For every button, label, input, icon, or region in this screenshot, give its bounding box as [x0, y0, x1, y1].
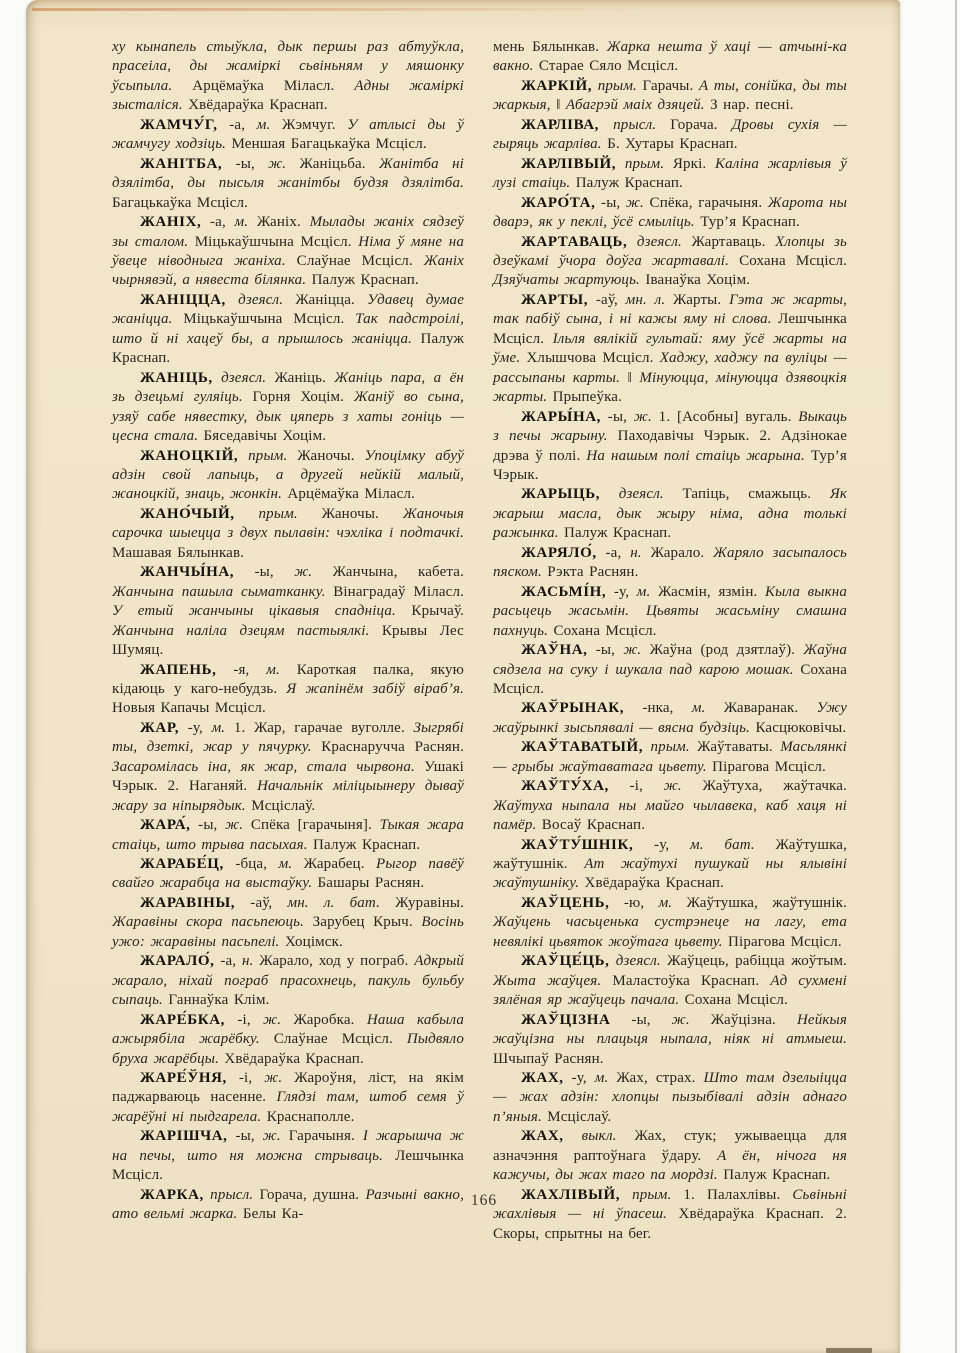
- example-text: мн. л. бат.: [287, 895, 380, 911]
- headword: ЖАРТЫ,: [521, 292, 588, 308]
- definition-text: -аў,: [588, 292, 626, 308]
- headword: ЖАЎНА,: [521, 642, 588, 658]
- example-text: дзеясл.: [616, 953, 661, 969]
- headword: ЖАЎРЫНАК,: [521, 700, 624, 716]
- headword: ЖАРКА,: [140, 1187, 204, 1203]
- definition-text: Палуж Краснап.: [308, 837, 421, 853]
- definition-text: Хвёдараўка Краснап.: [219, 1051, 364, 1067]
- definition-text: -а,: [201, 214, 234, 230]
- example-text: ж.: [264, 1070, 282, 1086]
- definition-text: Жаніць.: [266, 370, 334, 386]
- headword: ЖАЎТАВАТЫЙ,: [521, 739, 643, 755]
- page-number: 166: [454, 1192, 514, 1210]
- example-text: ж.: [623, 642, 641, 658]
- example-text: н.: [630, 545, 642, 561]
- dictionary-entry: ЖАРЕ́ЎНЯ, -і, ж. Жароўня, ліст, на якім …: [112, 1069, 464, 1127]
- scan-edge-line: [955, 0, 957, 1353]
- definition-text: -і,: [227, 1070, 264, 1086]
- definition-text: Жаваранак.: [705, 700, 816, 716]
- definition-text: Жартаваць.: [682, 234, 775, 250]
- dictionary-entry: ЖАРКІЙ, прым. Гарачы. А ты, сонійка, ды …: [493, 77, 847, 116]
- definition-text: Жанчына, кабета.: [312, 564, 464, 580]
- definition-text: Жаночы.: [298, 506, 403, 522]
- definition-text: Жаніцца.: [283, 292, 367, 308]
- headword: ЖАР,: [140, 720, 179, 736]
- example-text: м.: [235, 214, 249, 230]
- definition-text: -у,: [564, 1070, 595, 1086]
- definition-text: -ы,: [610, 1012, 671, 1028]
- example-text: ж.: [634, 409, 652, 425]
- definition-text: Жарабец.: [292, 856, 376, 872]
- definition-text: Краснаполле.: [261, 1109, 354, 1125]
- dictionary-entry: ЖАХ, -у, м. Жах, страх. Што там дзелыіцц…: [493, 1069, 847, 1127]
- definition-text: Меншая Багацькаўка Мсцісл.: [226, 136, 427, 152]
- definition-text: Багацькаўка Мсцісл.: [112, 195, 248, 211]
- headword: ЖАРАЛО́,: [140, 953, 215, 969]
- definition-text: [643, 739, 650, 755]
- definition-text: Маластоўка Краснап.: [601, 973, 770, 989]
- entry-continuation: мень Бялынкав. Жарка нешта ў хаці — атчы…: [493, 38, 847, 77]
- dictionary-entry: ЖАРАВІНЫ, -аў, мн. л. бат. Журавіны. Жар…: [112, 894, 464, 952]
- example-text: м.: [257, 117, 271, 133]
- headword: ЖАХ,: [521, 1128, 564, 1144]
- example-text: дзеясл.: [221, 370, 266, 386]
- definition-text: Рэкта Раснян.: [542, 564, 639, 580]
- definition-text: Шчыпаў Раснян.: [493, 1051, 604, 1067]
- dictionary-entry: ЖАХ, выкл. Жах, стук; ужываецца для азна…: [493, 1127, 847, 1185]
- definition-text: -а,: [215, 953, 242, 969]
- headword: ЖАМЧУ́Г,: [140, 117, 218, 133]
- definition-text: Бяседавічы Хоцім.: [198, 428, 326, 444]
- example-text: м.: [212, 720, 226, 736]
- definition-text: Слаўнае Мсцісл.: [260, 1031, 407, 1047]
- dictionary-entry: ЖАРЫЦЬ, дзеясл. Тапіць, смажыць. Як жары…: [493, 485, 847, 543]
- headword: ЖАНЧЫ́НА,: [140, 564, 234, 580]
- definition-text: Машавая Бялынкав.: [112, 545, 244, 561]
- example-text: ж.: [225, 817, 243, 833]
- definition-text: Жэмчуг.: [270, 117, 347, 133]
- example-text: ж.: [672, 1012, 690, 1028]
- example-text: прысл.: [613, 117, 656, 133]
- dictionary-entry: ЖАРЫ́НА, -ы, ж. 1. [Асобны] вугаль. Выка…: [493, 408, 847, 486]
- dictionary-entry: ЖАРЯЛО́, -а, н. Жарало. Жаряло засыпалос…: [493, 544, 847, 583]
- headword: ЖАПЕНЬ,: [140, 662, 217, 678]
- dictionary-entry: ЖАЎРЫНАК, -нка, м. Жаваранак. Ужу жаўрын…: [493, 699, 847, 738]
- definition-text: [238, 448, 248, 464]
- dictionary-entry: ЖАНІЦЦА, дзеясл. Жаніцца. Удавец думае ж…: [112, 291, 464, 369]
- definition-text: Жасмін, язмін.: [650, 584, 765, 600]
- example-text: выкл.: [582, 1128, 617, 1144]
- headword: ЖАРКІЙ,: [521, 78, 592, 94]
- definition-text: Міцькаўшчына Мсцісл.: [188, 234, 358, 250]
- definition-text: Тапіць, смажыць.: [664, 486, 830, 502]
- example-text: Жыта жаўцея.: [493, 973, 601, 989]
- dictionary-entry: ЖАЎЦЕ́ЦЬ, дзеясл. Жаўцець, рабіцца жоўты…: [493, 952, 847, 1010]
- definition-text: Зарубец Крыч.: [304, 914, 421, 930]
- headword: ЖАРЛІВЫЙ,: [521, 156, 616, 172]
- example-text: прым.: [259, 506, 298, 522]
- definition-text: -ы,: [601, 409, 634, 425]
- definition-text: [616, 156, 625, 172]
- definition-text: -нка,: [624, 700, 692, 716]
- definition-text: 1. Жар, гарачае вуголле.: [225, 720, 413, 736]
- example-text: ж.: [626, 195, 644, 211]
- definition-text: Горня Хоцім.: [243, 389, 354, 405]
- dictionary-entry: ЖАСЬМІ́Н, -у, м. Жасмін, язмін. Кыла вык…: [493, 583, 847, 641]
- definition-text: Жаўтушка, жаўтушнік.: [672, 895, 847, 911]
- definition-text: -я,: [217, 662, 267, 678]
- definition-text: Палуж Краснап.: [306, 272, 419, 288]
- example-text: прым.: [248, 448, 287, 464]
- headword: ЖАЎЦЕ́ЦЬ,: [521, 953, 609, 969]
- definition-text: Краснаручча Раснян.: [312, 739, 464, 755]
- headword: ЖАРІШЧА,: [140, 1128, 228, 1144]
- definition-text: [213, 370, 221, 386]
- headword: ЖАХЛІВЫЙ,: [521, 1187, 620, 1203]
- example-text: ж.: [664, 778, 682, 794]
- definition-text: Старае Сяло Мсцісл.: [534, 58, 679, 74]
- definition-text: Крычаў.: [396, 603, 464, 619]
- definition-text: Ганнаўка Клім.: [163, 992, 270, 1008]
- definition-text: Тур’я Краснап.: [695, 214, 800, 230]
- example-text: м.: [659, 895, 673, 911]
- dictionary-entry: ЖАРАБЕ́Ц, -бца, м. Жарабец. Рыгор павёў …: [112, 855, 464, 894]
- dictionary-entry: ЖАРЕ́БКА, -і, ж. Жаробка. Наша кабыла аж…: [112, 1011, 464, 1069]
- definition-text: З нар. песні.: [705, 97, 794, 113]
- definition-text: Мсціслаў.: [542, 1109, 612, 1125]
- headword: ЖАРЯЛО́,: [521, 545, 597, 561]
- example-text: прысл.: [210, 1187, 253, 1203]
- dictionary-entry: ЖАЎЦЕНЬ, -ю, м. Жаўтушка, жаўтушнік. Жаў…: [493, 894, 847, 952]
- definition-text: -у,: [633, 837, 690, 853]
- dictionary-entry: ЖАЎНА, -ы, ж. Жаўна (род дзятлаў). Жаўна…: [493, 641, 847, 699]
- definition-text: Хвёдараўка Краснап.: [579, 875, 724, 891]
- dictionary-entry: ЖАРТАВАЦЬ, дзеясл. Жартаваць. Хлопцы зь …: [493, 233, 847, 291]
- definition-text: Хвёдараўка Краснап.: [188, 97, 327, 113]
- definition-text: -ы,: [588, 642, 624, 658]
- headword: ЖАРЫ́НА,: [521, 409, 601, 425]
- headword: ЖАНІЦЦА,: [140, 292, 226, 308]
- dictionary-entry: ЖАРТЫ, -аў, мн. л. Жарты. Гэта ж жарты, …: [493, 291, 847, 408]
- headword: ЖАНІХ,: [140, 214, 201, 230]
- definition-text: Б. Хутары Краснап.: [602, 136, 738, 152]
- headword: ЖАНОЦКІЙ,: [140, 448, 238, 464]
- example-text: дзеясл.: [238, 292, 283, 308]
- definition-text: Палуж Краснап.: [718, 1167, 831, 1183]
- definition-text: Жаробка.: [281, 1012, 367, 1028]
- definition-text: Жарало, ход у пограб.: [253, 953, 414, 969]
- definition-text: -ы,: [234, 564, 294, 580]
- dictionary-entry: ЖАХЛІВЫЙ, прым. 1. Палахлівы. Сьвіньні ж…: [493, 1186, 847, 1244]
- example-text: ж.: [263, 1128, 281, 1144]
- dictionary-entry: ЖАНІХ, -а, м. Жаніх. Мылады жаніх сядзеў…: [112, 213, 464, 291]
- definition-text: -ю,: [609, 895, 658, 911]
- example-text: прым.: [651, 739, 690, 755]
- headword: ЖАНО́ЧЫЙ,: [140, 506, 235, 522]
- definition-text: -а,: [218, 117, 257, 133]
- definition-text: Сохана Мсцісл.: [548, 623, 657, 639]
- definition-text: Восаў Краснап.: [536, 817, 645, 833]
- definition-text: Слаўнае Мсцісл.: [286, 253, 424, 269]
- definition-text: Башары Раснян.: [312, 875, 424, 891]
- headword: ЖАРО́ТА,: [521, 195, 595, 211]
- dictionary-entry: ЖАЎТУ́ШНІК, -у, м. бат. Жаўтушка, жаўтуш…: [493, 836, 847, 894]
- definition-text: -бца,: [224, 856, 279, 872]
- definition-text: мень Бялынкав.: [493, 39, 607, 55]
- dictionary-entry: ЖАЎТАВАТЫЙ, прым. Жаўтаваты. Масьлянкі —…: [493, 738, 847, 777]
- example-text: м.: [637, 584, 651, 600]
- definition-text: Мсціслаў.: [246, 798, 316, 814]
- definition-text: -і,: [225, 1012, 263, 1028]
- definition-text: 1. Палахлівы.: [671, 1187, 792, 1203]
- definition-text: Жаўна (род дзятлаў).: [641, 642, 803, 658]
- example-text: Жаравіны скора пасьпеюць.: [112, 914, 304, 930]
- definition-text: Журавіны.: [380, 895, 464, 911]
- definition-text: -у,: [179, 720, 211, 736]
- headword: ЖАНІТБА,: [140, 156, 222, 172]
- book-page: ху кынапель стыўкла, дык першы раз абтуў…: [26, 0, 900, 1353]
- headword: ЖАЎЦІЗНА: [521, 1012, 610, 1028]
- definition-text: [564, 1128, 582, 1144]
- entry-continuation: ху кынапель стыўкла, дык першы раз абтуў…: [112, 38, 464, 116]
- dictionary-entry: ЖАЎЦІЗНА -ы, ж. Жаўцізна. Нейкыя жаўцізн…: [493, 1011, 847, 1069]
- definition-text: Новыя Капачы Мсцісл.: [112, 700, 266, 716]
- example-text: м.: [279, 856, 293, 872]
- definition-text: Палуж Краснап.: [570, 175, 683, 191]
- definition-text: 1. [Асобны] вугаль.: [652, 409, 798, 425]
- definition-text: Жаўтуха, жаўтачка.: [682, 778, 847, 794]
- example-text: м. бат.: [690, 837, 755, 853]
- definition-text: -а,: [597, 545, 631, 561]
- definition-text: [627, 234, 637, 250]
- headword: ЖАРТАВАЦЬ,: [521, 234, 627, 250]
- headword: ЖАЎТУ́ХА,: [521, 778, 609, 794]
- dictionary-entry: ЖАПЕНЬ, -я, м. Кароткая палка, якую кіда…: [112, 661, 464, 719]
- definition-text: Сохана Мсцісл.: [679, 992, 788, 1008]
- dictionary-entry: ЖАНО́ЧЫЙ, прым. Жаночы. Жаночыя сарочка …: [112, 505, 464, 563]
- example-text: м.: [595, 1070, 609, 1086]
- headword: ЖАЎЦЕНЬ,: [521, 895, 609, 911]
- definition-text: Гарачыня.: [281, 1128, 363, 1144]
- dictionary-entry: ЖАРКА, прысл. Горача, душна. Разчыні вак…: [112, 1186, 464, 1225]
- example-text: Я жапінём забіў віраб’я.: [286, 681, 464, 697]
- definition-text: Яркі.: [664, 156, 715, 172]
- definition-text: Іванаўка Хоцім.: [640, 272, 750, 288]
- definition-text: [226, 292, 238, 308]
- dictionary-entry: ЖАРА́, -ы, ж. Спёка [гарачыня]. Тыкая жа…: [112, 816, 464, 855]
- scan-background: ху кынапель стыўкла, дык першы раз абтуў…: [0, 0, 960, 1353]
- definition-text: Горача.: [656, 117, 732, 133]
- definition-text: -ы,: [191, 817, 226, 833]
- definition-text: Спёка, гарачыня.: [644, 195, 768, 211]
- definition-text: Гарачы.: [637, 78, 699, 94]
- dictionary-entry: ЖАРО́ТА, -ы, ж. Спёка, гарачыня. Жарота …: [493, 194, 847, 233]
- example-text: прым.: [632, 1187, 671, 1203]
- definition-text: -ы,: [222, 156, 268, 172]
- example-text: н.: [242, 953, 254, 969]
- example-text: На нашым полі стаіць жарына.: [586, 448, 805, 464]
- definition-text: Арцёмаўка Міласл.: [282, 486, 415, 502]
- dictionary-entry: ЖАЎТУ́ХА, -і, ж. Жаўтуха, жаўтачка. Жаўт…: [493, 777, 847, 835]
- definition-text: Арцёмаўка Міласл.: [192, 78, 354, 94]
- definition-text: Жарало.: [642, 545, 713, 561]
- definition-text: Белы Ка-: [237, 1206, 303, 1222]
- definition-text: Вінаградаў Міласл.: [325, 584, 464, 600]
- definition-text: Пірагова Мсцісл.: [723, 934, 842, 950]
- headword: ЖАЎТУ́ШНІК,: [521, 837, 633, 853]
- definition-text: Касцюковічы.: [750, 720, 846, 736]
- example-text: У етый жанчыны цікавыя спадніца.: [112, 603, 396, 619]
- definition-text: Палуж Краснап.: [559, 525, 672, 541]
- definition-text: -у,: [606, 584, 636, 600]
- example-text: м.: [692, 700, 706, 716]
- example-text: ж.: [294, 564, 312, 580]
- definition-text: -ы,: [595, 195, 625, 211]
- example-text: дзеясл.: [619, 486, 664, 502]
- headword: ЖАРАБЕ́Ц,: [140, 856, 224, 872]
- example-text: Жанчына пашыла сыматканку.: [112, 584, 325, 600]
- definition-text: Прыпеўка.: [547, 389, 622, 405]
- example-text: Дзяўчаты жартуюць.: [493, 272, 640, 288]
- definition-text: Жарты.: [665, 292, 729, 308]
- definition-text: Жах, страх.: [608, 1070, 703, 1086]
- definition-text: Жаніцьба.: [286, 156, 379, 172]
- example-text: м.: [266, 662, 280, 678]
- definition-text: [600, 486, 619, 502]
- example-text: ж.: [268, 156, 286, 172]
- definition-text: Хлышчова Мсцісл.: [520, 350, 659, 366]
- headword: ЖАРЕ́БКА,: [140, 1012, 225, 1028]
- headword: ЖАРА́,: [140, 817, 191, 833]
- example-text: прым.: [625, 156, 664, 172]
- headword: ЖАРЫЦЬ,: [521, 486, 600, 502]
- dictionary-entry: ЖАРЛІВЫЙ, прым. Яркі. Каліна жарлівыя ў …: [493, 155, 847, 194]
- definition-text: Жаніх.: [248, 214, 309, 230]
- example-text: мн. л.: [626, 292, 666, 308]
- definition-text: -аў,: [235, 895, 287, 911]
- definition-text: -і,: [609, 778, 664, 794]
- headword: ЖАНІЦЬ,: [140, 370, 213, 386]
- definition-text: Жаўтаваты.: [690, 739, 780, 755]
- definition-text: Горача, душна.: [253, 1187, 365, 1203]
- definition-text: Пірагова Мсцісл.: [707, 759, 826, 775]
- headword: ЖАРАВІНЫ,: [140, 895, 235, 911]
- headword: ЖАРЕ́ЎНЯ,: [140, 1070, 227, 1086]
- definition-text: Жаўцізна.: [690, 1012, 797, 1028]
- definition-text: [599, 117, 613, 133]
- example-text: дзеясл.: [637, 234, 682, 250]
- headword: ЖАСЬМІ́Н,: [521, 584, 606, 600]
- dictionary-entry: ЖАНІЦЬ, дзеясл. Жаніць. Жаніць пара, а ё…: [112, 369, 464, 447]
- definition-text: Жаночы.: [287, 448, 364, 464]
- dictionary-entry: ЖАРЛІВА, прысл. Горача. Дровы сухія — гы…: [493, 116, 847, 155]
- headword: ЖАХ,: [521, 1070, 564, 1086]
- definition-text: Міцькаўшчына Мсцісл.: [173, 311, 356, 327]
- dictionary-entry: ЖАРАЛО́, -а, н. Жарало, ход у пограб. Ад…: [112, 952, 464, 1010]
- definition-text: Хоцімск.: [280, 934, 343, 950]
- dictionary-entry: ЖАМЧУ́Г, -а, м. Жэмчуг. У атлысі ды ў жа…: [112, 116, 464, 155]
- example-text: ж.: [263, 1012, 281, 1028]
- dictionary-column-left: ху кынапель стыўкла, дык першы раз абтуў…: [112, 38, 464, 1225]
- definition-text: Жаўцець, рабіцца жоўтым.: [661, 953, 847, 969]
- dictionary-entry: ЖАРІШЧА, -ы, ж. Гарачыня. І жарышча ж на…: [112, 1127, 464, 1185]
- definition-text: -ы,: [228, 1128, 263, 1144]
- definition-text: [620, 1187, 632, 1203]
- example-text: Засаромілась іна, як жар, стала чырвона.: [112, 759, 415, 775]
- dictionary-entry: ЖАНЧЫ́НА, -ы, ж. Жанчына, кабета. Жанчын…: [112, 563, 464, 660]
- example-text: прым.: [598, 78, 637, 94]
- dictionary-entry: ЖАНІТБА, -ы, ж. Жаніцьба. Жанітба ні дзя…: [112, 155, 464, 213]
- definition-text: Спёка [гарачыня].: [243, 817, 380, 833]
- dictionary-entry: ЖАНОЦКІЙ, прым. Жаночы. Упоцімку абуў ад…: [112, 447, 464, 505]
- dictionary-entry: ЖАР, -у, м. 1. Жар, гарачае вуголле. Зыг…: [112, 719, 464, 816]
- example-text: Жанчына наліла дзецям пастыялкі.: [112, 623, 370, 639]
- definition-text: Сохана Мсцісл.: [729, 253, 847, 269]
- dictionary-column-right: мень Бялынкав. Жарка нешта ў хаці — атчы…: [493, 38, 847, 1244]
- headword: ЖАРЛІВА,: [521, 117, 599, 133]
- definition-text: [235, 506, 259, 522]
